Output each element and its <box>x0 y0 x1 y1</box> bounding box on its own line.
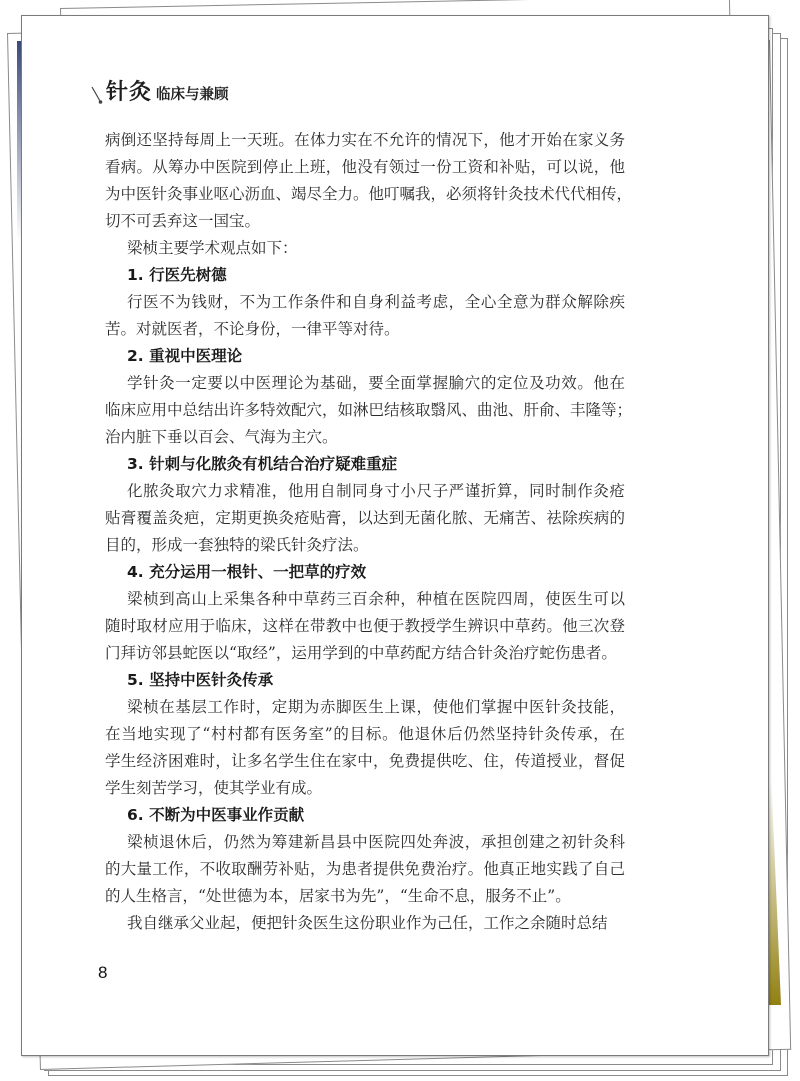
paragraph-line: 贴膏覆盖灸疤，定期更换灸疮贴膏，以达到无菌化脓、无痛苦、祛除疾病的 <box>105 505 625 532</box>
section-heading: 4. 充分运用一根针、一把草的疗效 <box>105 559 625 586</box>
paragraph-line: 的人生格言，“处世德为本，居家书为先”，“生命不息，服务不止”。 <box>105 883 625 910</box>
paragraph-line: 看病。从筹办中医院到停止上班，他没有领过一份工资和补贴，可以说，他 <box>105 154 625 181</box>
paragraph-line: 行医不为钱财，不为工作条件和自身利益考虑，全心全意为群众解除疾 <box>105 289 625 316</box>
paragraph-line: 学生经济困难时，让多名学生住在家中，免费提供吃、住，传道授业，督促 <box>105 748 625 775</box>
paragraph-line: 梁桢在基层工作时，定期为赤脚医生上课，使他们掌握中医针灸技能， <box>105 694 625 721</box>
section-heading: 3. 针刺与化脓灸有机结合治疗疑难重症 <box>105 451 625 478</box>
paragraph-line: 学针灸一定要以中医理论为基础，要全面掌握腧穴的定位及功效。他在 <box>105 370 625 397</box>
page-body-text: 病倒还坚持每周上一天班。在体力实在不允许的情况下，他才开始在家义务看病。从筹办中… <box>105 127 625 937</box>
paragraph-line: 治内脏下垂以百会、气海为主穴。 <box>105 424 625 451</box>
paragraph-line: 苦。对就医者，不论身份，一律平等对待。 <box>105 316 625 343</box>
header-title-sub: 临床与兼顾 <box>156 83 229 104</box>
header-title-main: 针灸 <box>106 75 152 106</box>
paragraph-line: 梁桢主要学术观点如下： <box>105 235 625 262</box>
page-number: 8 <box>98 963 107 983</box>
paragraph-line: 学生刻苦学习，使其学业有成。 <box>105 775 625 802</box>
paragraph-line: 梁桢退休后，仍然为筹建新昌县中医院四处奔波，承担创建之初针灸科 <box>105 829 625 856</box>
paragraph-line: 临床应用中总结出许多特效配穴，如淋巴结核取翳风、曲池、肝俞、丰隆等； <box>105 397 625 424</box>
paragraph-line: 切不可丢弃这一国宝。 <box>105 208 625 235</box>
paragraph-line: 梁桢到高山上采集各种中草药三百余种，种植在医院四周，使医生可以 <box>105 586 625 613</box>
section-heading: 1. 行医先树德 <box>105 262 625 289</box>
section-heading: 5. 坚持中医针灸传承 <box>105 667 625 694</box>
paragraph-line: 随时取材应用于临床，这样在带教中也便于教授学生辨识中草药。他三次登 <box>105 613 625 640</box>
running-header: 针灸 临床与兼顾 <box>90 75 229 106</box>
section-heading: 6. 不断为中医事业作贡献 <box>105 802 625 829</box>
paragraph-line: 为中医针灸事业呕心沥血、竭尽全力。他叮嘱我，必须将针灸技术代代相传， <box>105 181 625 208</box>
acupuncture-needle-icon <box>90 84 104 106</box>
paragraph-line: 的大量工作，不收取酬劳补贴，为患者提供免费治疗。他真正地实践了自己 <box>105 856 625 883</box>
paragraph-line: 门拜访邻县蛇医以“取经”，运用学到的中草药配方结合针灸治疗蛇伤患者。 <box>105 640 625 667</box>
paragraph-line: 目的，形成一套独特的梁氏针灸疗法。 <box>105 532 625 559</box>
paragraph-line: 我自继承父业起，便把针灸医生这份职业作为己任，工作之余随时总结 <box>105 910 625 937</box>
paragraph-line: 化脓灸取穴力求精准，他用自制同身寸小尺子严谨折算，同时制作灸疮 <box>105 478 625 505</box>
paragraph-line: 在当地实现了“村村都有医务室”的目标。他退休后仍然坚持针灸传承，在 <box>105 721 625 748</box>
paragraph-line: 病倒还坚持每周上一天班。在体力实在不允许的情况下，他才开始在家义务 <box>105 127 625 154</box>
section-heading: 2. 重视中医理论 <box>105 343 625 370</box>
